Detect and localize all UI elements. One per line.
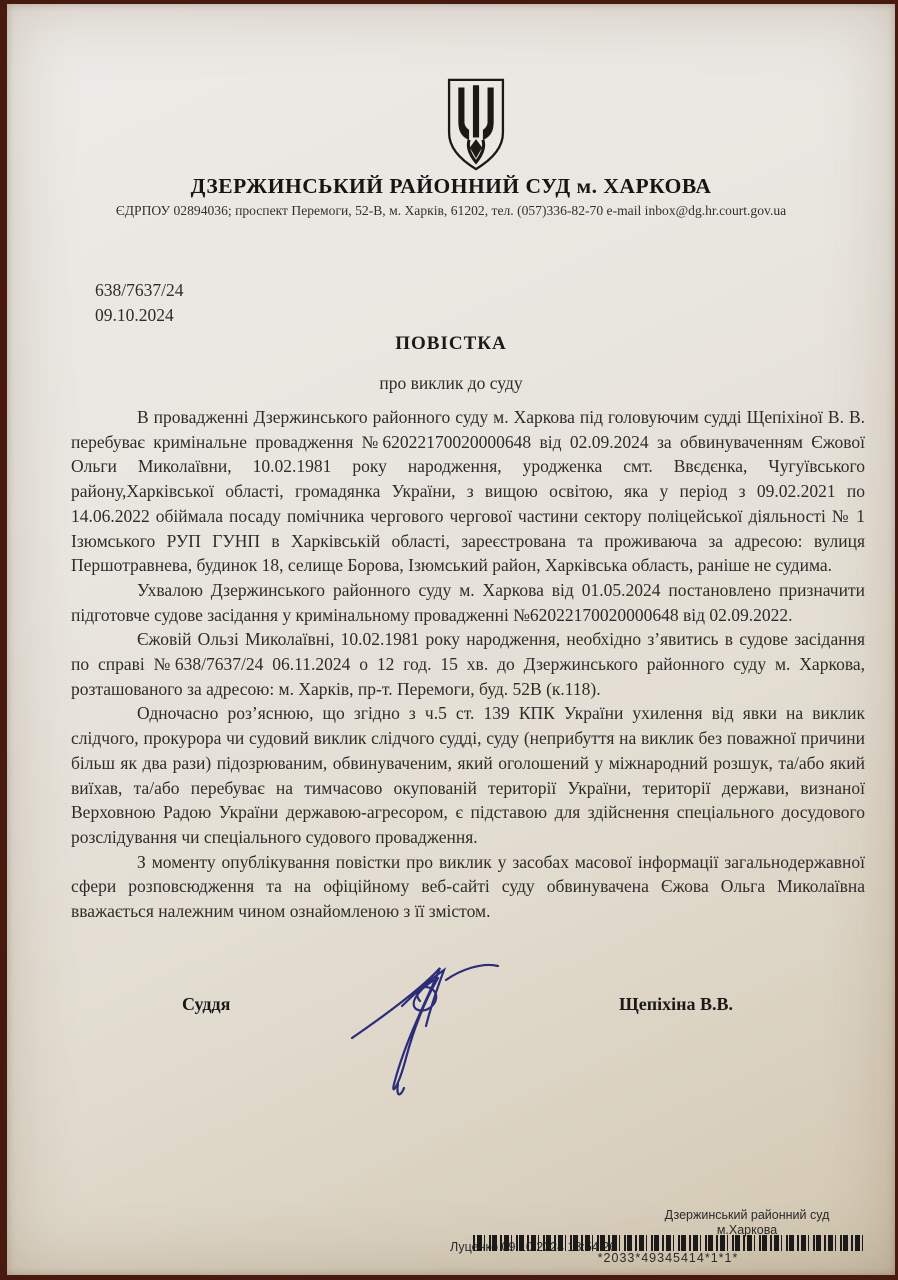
case-date: 09.10.2024 <box>95 303 183 328</box>
document-paper: ДЗЕРЖИНСЬКИЙ РАЙОННИЙ СУД м. ХАРКОВА ЄДР… <box>7 4 895 1275</box>
judge-name: Щепіхіна В.В. <box>619 994 733 1015</box>
court-name-heading: ДЗЕРЖИНСЬКИЙ РАЙОННИЙ СУД м. ХАРКОВА <box>7 174 895 199</box>
footer-court-line1: Дзержинський районний суд <box>602 1208 892 1223</box>
court-contact-line: ЄДРПОУ 02894036; проспект Перемоги, 52-В… <box>7 203 895 219</box>
paragraph: Одночасно роз’яснюю, що згідно з ч.5 ст.… <box>71 701 865 849</box>
signature-row: Суддя Щепіхіна В.В. <box>7 994 895 1114</box>
handwritten-signature-icon <box>342 946 512 1116</box>
photo-of-court-summons: { "page": { "background_color": "#47190f… <box>0 0 898 1280</box>
paragraph: З моменту опублікування повістки про вик… <box>71 850 865 924</box>
document-subtitle: про виклик до суду <box>7 373 895 394</box>
paragraph: В провадженні Дзержинського районного су… <box>71 405 865 578</box>
document-title: ПОВІСТКА <box>7 333 895 355</box>
case-number: 638/7637/24 <box>95 278 183 303</box>
footer-court-stamp: Дзержинський районний суд м.Харкова <box>602 1208 892 1238</box>
ukraine-trident-emblem-icon <box>437 76 515 176</box>
paragraph: Єжовій Ользі Миколаївні, 10.02.1981 року… <box>71 627 865 701</box>
paragraph: Ухвалою Дзержинського районного суду м. … <box>71 578 865 627</box>
barcode-text: *2033*49345414*1*1* <box>473 1251 863 1265</box>
document-body: В провадженні Дзержинського районного су… <box>71 405 865 924</box>
judge-role-label: Суддя <box>182 994 230 1015</box>
case-block: 638/7637/24 09.10.2024 <box>95 278 183 328</box>
barcode-icon <box>473 1235 863 1251</box>
